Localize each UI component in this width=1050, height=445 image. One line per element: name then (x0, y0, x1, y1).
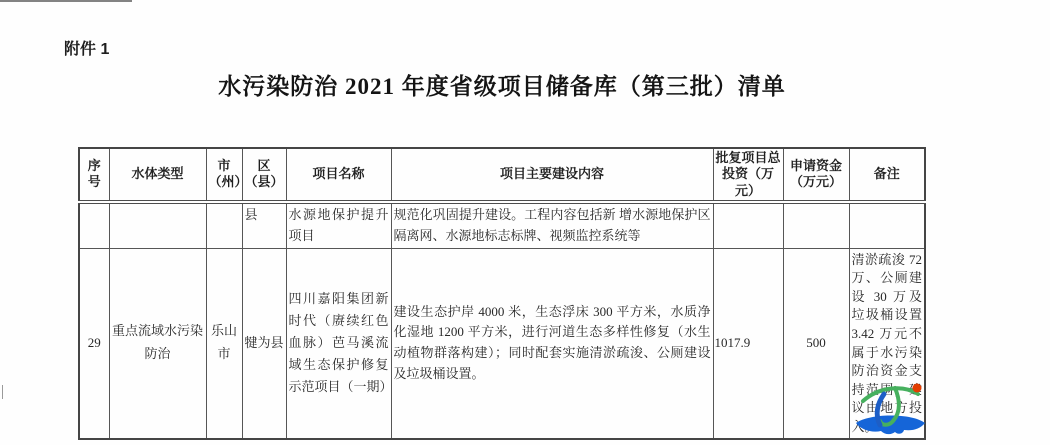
header-seq: 序号 (79, 148, 109, 202)
watermark-red-dot (913, 384, 922, 393)
cell-water-type (109, 202, 206, 249)
cell-content: 规范化巩固提升建设。工程内容包括新 增水源地保护区隔离网、水源地标志标牌、视频监… (391, 202, 713, 249)
project-table: 序号 水体类型 市 （州） 区 （县） 项目名称 项目主要建设内容 批复项目总 … (78, 147, 926, 440)
cell-city (206, 202, 242, 249)
cell-requested-funds: 500 (783, 248, 849, 438)
header-project-name: 项目名称 (286, 148, 391, 202)
scan-artifact (2, 385, 3, 399)
cell-seq: 29 (79, 248, 109, 438)
scan-artifact (0, 0, 132, 2)
header-city: 市 （州） (206, 148, 242, 202)
cell-approved-investment (713, 202, 783, 249)
cell-seq (79, 202, 109, 249)
watermark-green-swoosh (863, 388, 918, 401)
header-content: 项目主要建设内容 (391, 148, 713, 202)
table-header-row: 序号 水体类型 市 （州） 区 （县） 项目名称 项目主要建设内容 批复项目总 … (79, 148, 925, 202)
site-watermark-logo (850, 382, 932, 442)
cell-approved-investment: 1017.9 (713, 248, 783, 438)
page-title: 水污染防治 2021 年度省级项目储备库（第三批）清单 (78, 68, 926, 101)
cell-city: 乐山市 (206, 248, 242, 438)
document-page: 附件 1 水污染防治 2021 年度省级项目储备库（第三批）清单 序号 水体类型… (0, 0, 1050, 445)
table-row-29: 29 重点流域水污染防治 乐山市 犍为县 四川嘉阳集团新时代（赓续红色血脉）芭马… (79, 248, 925, 438)
cell-remarks (849, 202, 925, 249)
table-row-continuation: 县 水源地保护提升项目 规范化巩固提升建设。工程内容包括新 增水源地保护区隔离网… (79, 202, 925, 249)
header-remarks: 备注 (849, 148, 925, 202)
cell-project-name: 水源地保护提升项目 (286, 202, 391, 249)
cell-requested-funds (783, 202, 849, 249)
header-county: 区 （县） (242, 148, 286, 202)
cell-water-type: 重点流域水污染防治 (109, 248, 206, 438)
header-requested-funds: 申请资金 （万元） (783, 148, 849, 202)
cell-content: 建设生态护岸 4000 米，生态浮床 300 平方米，水质净化湿地 1200 平… (391, 248, 713, 438)
attachment-label: 附件 1 (64, 36, 109, 59)
header-approved-investment: 批复项目总 投资（万元） (713, 148, 783, 202)
cell-project-name: 四川嘉阳集团新时代（赓续红色血脉）芭马溪流域生态保护修复示范项目（一期） (286, 248, 391, 438)
cell-county: 犍为县 (242, 248, 286, 438)
cell-county: 县 (242, 202, 286, 249)
header-water-type: 水体类型 (109, 148, 206, 202)
